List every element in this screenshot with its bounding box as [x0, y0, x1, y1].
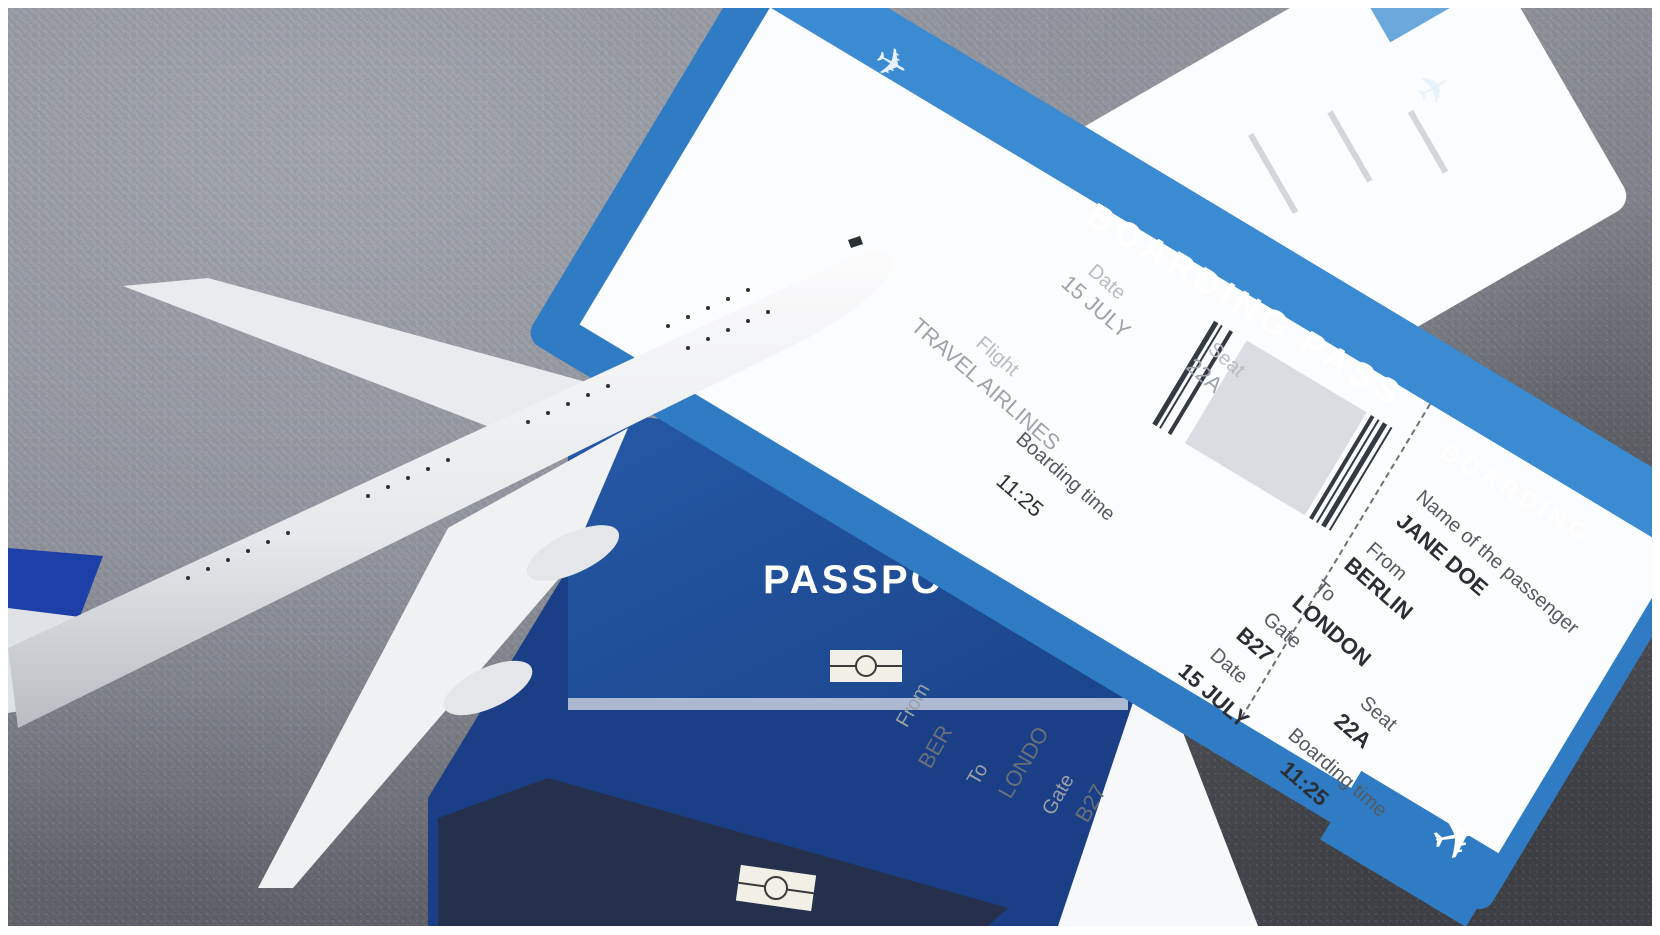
travel-photo: ✈ PASSPO [8, 8, 1652, 926]
model-airplane [8, 8, 1652, 926]
